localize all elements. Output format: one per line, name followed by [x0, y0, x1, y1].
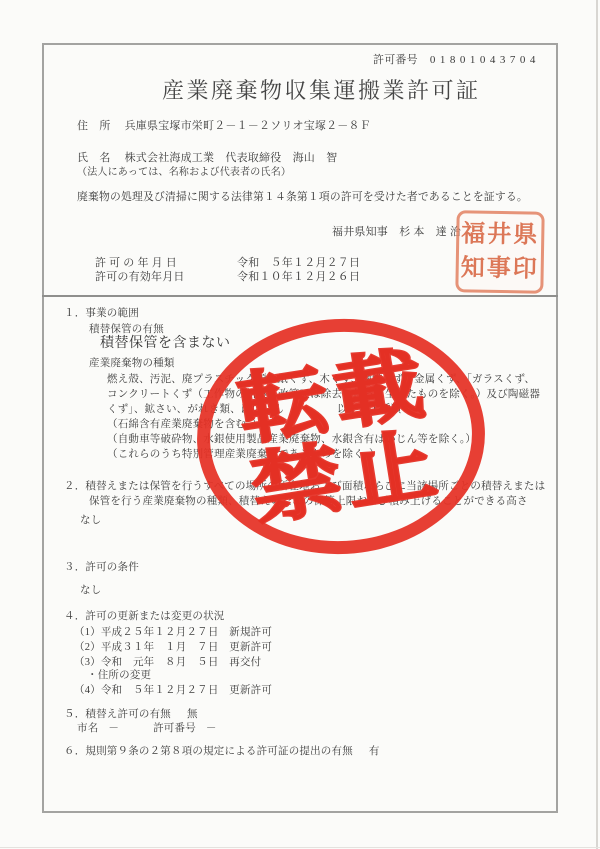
seal-line1: 福井県 — [461, 223, 539, 248]
expiry-date-value: 令和１０年１２月２６日 — [237, 271, 360, 283]
permit-number-label: 許可番号 — [373, 54, 418, 66]
permit-number-value: 01801043704 — [430, 54, 540, 66]
section5-heading-row: ５．積替え許可の有無無 — [64, 709, 198, 722]
section4-heading: ４．許可の更新または変更の状況 — [64, 611, 225, 624]
city-value: － — [108, 723, 119, 734]
seal-line2: 知事印 — [461, 256, 539, 281]
no-reproduction-stamp: 転載 禁止 — [191, 312, 491, 562]
governor-signature: 福井県知事 杉 本 達 治 — [332, 226, 461, 239]
governor-seal-stamp: 福井県 知事印 — [455, 210, 544, 294]
issue-date-row: 許 可 の 年 月 日令和 ５年１２月２７日 — [95, 257, 360, 270]
history-item: （4）令和 ５年１２月２７日 更新許可 — [74, 685, 272, 698]
permit-value: － — [206, 723, 217, 734]
section6-value: 有 — [369, 746, 380, 757]
section2-value: なし — [80, 515, 101, 528]
scan-page-edge-bottom — [0, 847, 600, 848]
permit-label: 許可番号 — [153, 723, 196, 734]
certification-statement: 廃棄物の処理及び清掃に関する法律第１４条第１項の許可を受けた者であることを証する… — [77, 191, 528, 204]
expiry-date-row: 許可の有効年月日令和１０年１２月２６日 — [95, 271, 360, 284]
document-title: 産業廃棄物収集運搬業許可証 — [162, 78, 481, 104]
section3-heading: ３．許可の条件 — [64, 562, 139, 575]
section3-value: なし — [80, 585, 101, 598]
no-reproduction-stamp-text: 転載 禁止 — [195, 313, 486, 560]
section5-detail-row: 市名－許可番号－ — [77, 723, 217, 736]
section6-heading-row: ６．規則第９条の２第８項の規定による許可証の提出の有無有 — [64, 746, 380, 759]
issue-date-value: 令和 ５年１２月２７日 — [237, 257, 360, 269]
section5-heading: ５．積替え許可の有無 — [64, 709, 171, 720]
name-row: 氏 名株式会社海成工業 代表取締役 海山 智 — [77, 152, 337, 165]
permit-number-row: 許可番号01801043704 — [373, 54, 540, 67]
section5-value: 無 — [187, 709, 198, 720]
expiry-date-label: 許可の有効年月日 — [95, 271, 237, 284]
history-item: （3）令和 元年 ８月 ５日 再交付 — [74, 657, 261, 670]
storage-presence-label: 積替保管の有無 — [89, 324, 164, 337]
history-item-sub: ・住所の変更 — [87, 670, 151, 683]
scan-page-edge — [596, 0, 598, 849]
address-label: 住 所 — [77, 120, 111, 132]
address-row: 住 所兵庫県宝塚市栄町２－１－２ソリオ宝塚２－８Ｆ — [77, 120, 371, 133]
permit-document-frame: 許可番号01801043704 産業廃棄物収集運搬業許可証 住 所兵庫県宝塚市栄… — [42, 43, 558, 813]
waste-types-label: 産業廃棄物の種類 — [89, 358, 175, 371]
name-value: 株式会社海成工業 代表取締役 海山 智 — [125, 152, 338, 164]
name-note: （法人にあっては、名称および代表者の氏名） — [77, 167, 291, 179]
address-value: 兵庫県宝塚市栄町２－１－２ソリオ宝塚２－８Ｆ — [125, 120, 371, 132]
city-label: 市名 — [77, 723, 98, 734]
section-divider — [42, 295, 558, 297]
section1-heading: １．事業の範囲 — [64, 308, 139, 321]
issue-date-label: 許 可 の 年 月 日 — [95, 257, 237, 270]
history-item: （1）平成２５年１２月２７日 新規許可 — [74, 627, 272, 640]
section6-heading: ６．規則第９条の２第８項の規定による許可証の提出の有無 — [64, 746, 353, 757]
name-label: 氏 名 — [77, 152, 111, 164]
history-item: （2）平成３１年 １月 ７日 更新許可 — [74, 642, 272, 655]
